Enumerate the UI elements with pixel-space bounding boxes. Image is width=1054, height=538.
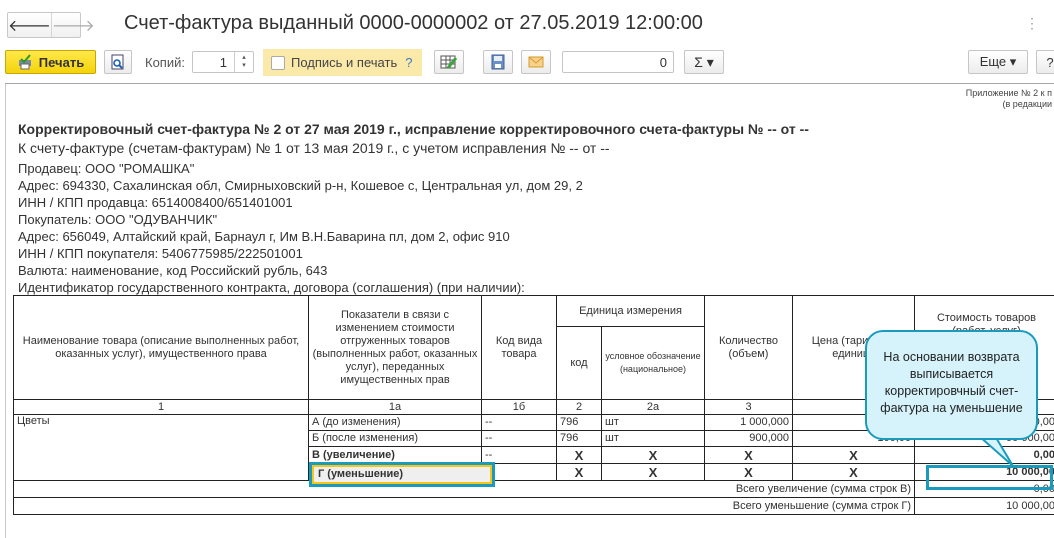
buyer-inn: ИНН / КПП покупателя: 5406775985/2225010… (18, 246, 303, 261)
row-qty: 900,000 (705, 431, 793, 447)
row-kind: -- (482, 447, 557, 464)
header-unit: Единица измерения (557, 296, 705, 327)
sum-button[interactable]: Σ ▾ (684, 50, 724, 74)
col-number: 2а (602, 400, 705, 415)
copies-value: 1 (220, 55, 227, 70)
col-number: 1а (309, 400, 482, 415)
stepper-down-icon[interactable]: ▾ (242, 62, 246, 70)
buyer: Покупатель: ООО "ОДУВАНЧИК" (18, 212, 217, 227)
sign-and-print-option[interactable]: Подпись и печать ? (263, 49, 422, 76)
document-heading: Корректировочный счет-фактура № 2 от 27 … (18, 121, 809, 137)
sign-and-print-label: Подпись и печать (291, 55, 397, 70)
copies-stepper[interactable]: 1 ▴▾ (192, 51, 254, 73)
col-number: 3 (705, 400, 793, 415)
printer-icon (17, 54, 33, 70)
header-unit-symbol: условное обозначение (национальное) (602, 327, 705, 400)
amount-field[interactable]: 0 (562, 51, 674, 73)
help-question-icon[interactable]: ? (405, 55, 412, 70)
more-button[interactable]: Еще ▾ (968, 50, 1028, 74)
email-button[interactable] (521, 50, 551, 74)
header-name: Наименование товара (описание выполненны… (14, 296, 309, 400)
row-unit: шт (602, 415, 705, 431)
row-code: 796 (557, 415, 602, 431)
edit-table-button[interactable] (434, 50, 464, 74)
stepper-arrows[interactable]: ▴▾ (234, 52, 253, 72)
total-decrease-label: Всего уменьшение (сумма строк Г) (14, 498, 915, 515)
contract-id: Идентификатор государственного контракта… (18, 280, 525, 295)
help-button[interactable]: ? (1036, 50, 1054, 74)
more-menu-icon[interactable]: ⋮ (1025, 16, 1039, 30)
row-code: 796 (557, 431, 602, 447)
row-kind: -- (482, 431, 557, 447)
row-kind: -- (482, 415, 557, 431)
row-indicator: А (до изменения) (309, 415, 482, 431)
row-price: X (793, 464, 915, 481)
table-edit-icon (440, 54, 458, 70)
currency: Валюта: наименование, код Российский руб… (18, 263, 327, 278)
preview-button[interactable] (104, 50, 132, 74)
header-unit-code: код (557, 327, 602, 400)
row-indicator: Б (после изменения) (309, 431, 482, 447)
navigation-group: 🡐 🡒 (7, 12, 81, 38)
col-number: 1б (482, 400, 557, 415)
floppy-disk-icon (491, 54, 505, 70)
appendix-line-2: (в редакции (1003, 99, 1053, 109)
seller: Продавец: ООО "РОМАШКА" (18, 161, 194, 176)
sign-and-print-checkbox[interactable] (271, 56, 285, 70)
save-button[interactable] (483, 50, 513, 74)
row-price: X (793, 447, 915, 464)
row-code: X (557, 464, 602, 481)
row-qty: 1 000,000 (705, 415, 793, 431)
header-indicators: Показатели в связи с изменением стоимост… (309, 296, 482, 400)
row-indicator: В (увеличение) (309, 447, 482, 464)
appendix-line-1: Приложение № 2 к п (966, 88, 1052, 98)
envelope-icon (528, 56, 544, 68)
header-kind-code: Код вида товара (482, 296, 557, 400)
row-unit: X (602, 464, 705, 481)
buyer-address: Адрес: 656049, Алтайский край, Барнаул г… (18, 229, 510, 244)
preview-icon (111, 54, 125, 70)
total-decrease-row: Всего уменьшение (сумма строк Г) 10 000,… (14, 498, 1054, 515)
callout-pointer (975, 436, 1035, 470)
total-increase-row: Всего увеличение (сумма строк В) 0,00 (14, 481, 1054, 498)
print-label: Печать (39, 55, 84, 70)
reference-line: К счету-фактуре (счетам-фактурам) № 1 от… (18, 140, 610, 156)
row-code: X (557, 447, 602, 464)
row-qty: X (705, 464, 793, 481)
col-number: 1 (14, 400, 309, 415)
forward-button[interactable]: 🡒 (51, 13, 95, 37)
col-number: 2 (557, 400, 602, 415)
copies-label: Копий: (145, 55, 185, 70)
item-name: Цветы (14, 415, 309, 481)
seller-inn: ИНН / КПП продавца: 6514008400/651401001 (18, 195, 293, 210)
callout-bubble: На основании возврата выписывается корре… (865, 330, 1038, 440)
seller-address: Адрес: 694330, Сахалинская обл, Смирныхо… (18, 178, 583, 193)
arrow-left-icon: 🡐 (8, 15, 51, 36)
row-unit: шт (602, 431, 705, 447)
arrow-right-icon: 🡒 (52, 15, 95, 36)
total-decrease-value: 10 000,00 (915, 498, 1054, 515)
back-button[interactable]: 🡐 (8, 13, 51, 37)
window-title: Счет-фактура выданный 0000-0000002 от 27… (124, 12, 703, 35)
print-button[interactable]: Печать (5, 50, 96, 74)
decrease-row-label: Г (уменьшение) (318, 468, 403, 480)
row-qty: X (705, 447, 793, 464)
row-unit: X (602, 447, 705, 464)
header-quantity: Количество (объем) (705, 296, 793, 400)
stepper-up-icon[interactable]: ▴ (242, 54, 246, 62)
